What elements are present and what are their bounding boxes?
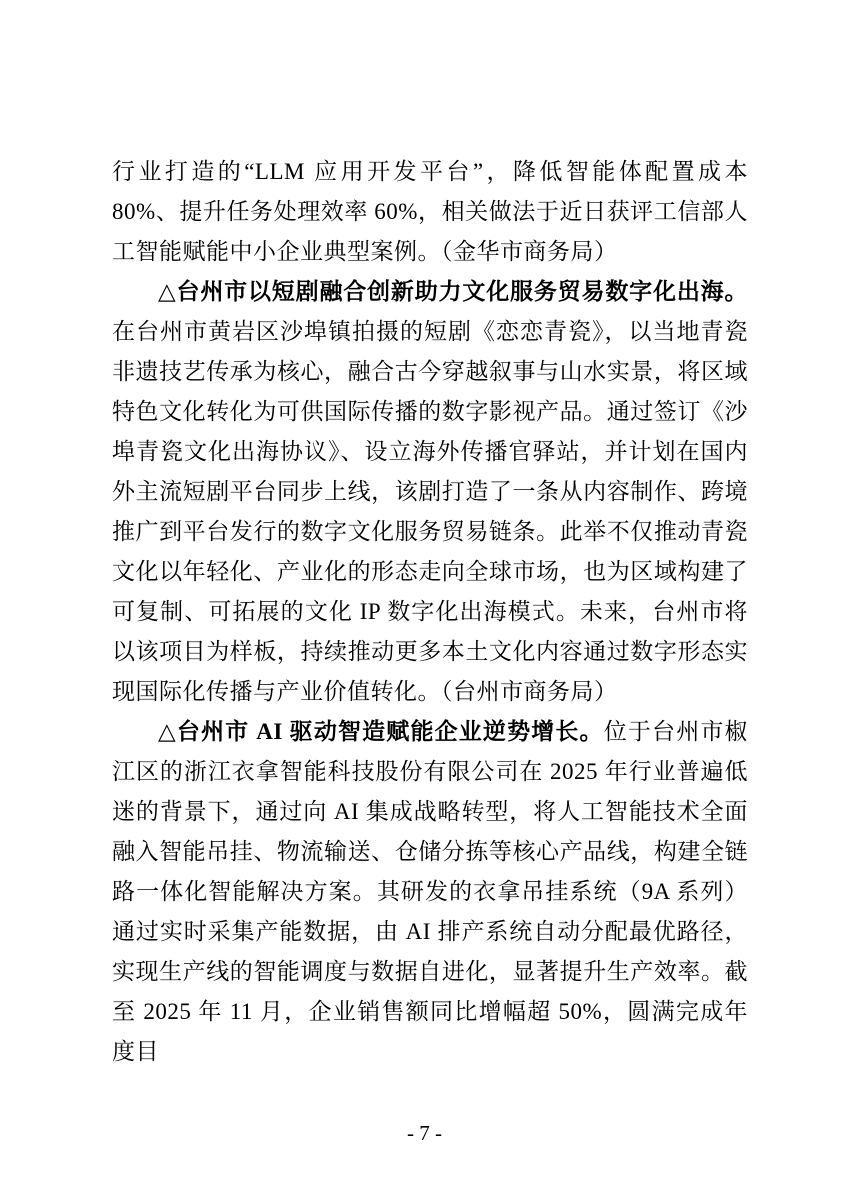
paragraph-continuation: 行业打造的“LLM 应用开发平台”，降低智能体配置成本 80%、提升任务处理效率… — [112, 152, 748, 272]
paragraph-text: 在台州市黄岩区沙埠镇拍摄的短剧《恋恋青瓷》，以当地青瓷非遗技艺传承为核心，融合古… — [112, 319, 748, 704]
paragraph-text: 位于台州市椒江区的浙江衣拿智能科技股份有限公司在 2025 年行业普遍低迷的背景… — [112, 719, 748, 1064]
document-page: 行业打造的“LLM 应用开发平台”，降低智能体配置成本 80%、提升任务处理效率… — [0, 0, 849, 1200]
paragraph-lead-bold: △台州市 AI 驱动智造赋能企业逆势增长。 — [158, 719, 604, 744]
paragraph-lead-bold: △台州市以短剧融合创新助力文化服务贸易数字化出海。 — [158, 279, 748, 304]
paragraph-text: 行业打造的“LLM 应用开发平台”，降低智能体配置成本 80%、提升任务处理效率… — [112, 159, 748, 264]
paragraph-taizhou-ai-manufacturing: △台州市 AI 驱动智造赋能企业逆势增长。位于台州市椒江区的浙江衣拿智能科技股份… — [112, 712, 748, 1072]
document-body: 行业打造的“LLM 应用开发平台”，降低智能体配置成本 80%、提升任务处理效率… — [112, 152, 748, 1072]
page-number: - 7 - — [0, 1121, 849, 1146]
paragraph-taizhou-short-drama: △台州市以短剧融合创新助力文化服务贸易数字化出海。在台州市黄岩区沙埠镇拍摄的短剧… — [112, 272, 748, 712]
